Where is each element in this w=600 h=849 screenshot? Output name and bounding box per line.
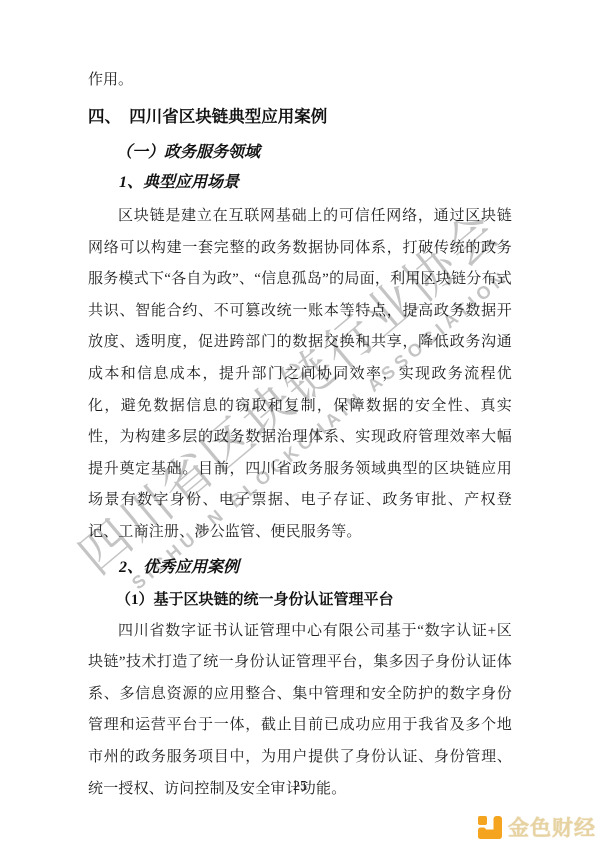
document-page: 四川省区块链行业协会 SICHUAN BLOCKCHAIN ASSOCIATIO… xyxy=(0,0,600,849)
paragraph-typical-scenarios: 区块链是建立在互联网基础上的可信任网络，通过区块链网络可以构建一套完整的政务数据… xyxy=(88,201,512,549)
scenario-heading: 1、典型应用场景 xyxy=(88,172,512,194)
subsection-heading: （一）政务服务领域 xyxy=(88,142,512,164)
case-heading: （1）基于区块链的统一身份认证管理平台 xyxy=(88,590,512,611)
document-content: 作用。 四、 四川省区块链典型应用案例 （一）政务服务领域 1、典型应用场景 区… xyxy=(88,70,512,805)
jinse-finance-logo: 金色财经 xyxy=(477,812,596,842)
jinse-j-blocks-icon xyxy=(477,814,503,840)
previous-paragraph-tail: 作用。 xyxy=(88,70,512,90)
section-heading: 四、 四川省区块链典型应用案例 xyxy=(88,106,512,128)
page-number: 25 xyxy=(0,779,600,795)
cases-heading: 2、优秀应用案例 xyxy=(88,557,512,579)
paragraph-case-detail: 四川省数字证书认证管理中心有限公司基于“数字认证+区块链”技术打造了统一身份认证… xyxy=(88,616,512,806)
jinse-logo-text: 金色财经 xyxy=(508,812,596,842)
